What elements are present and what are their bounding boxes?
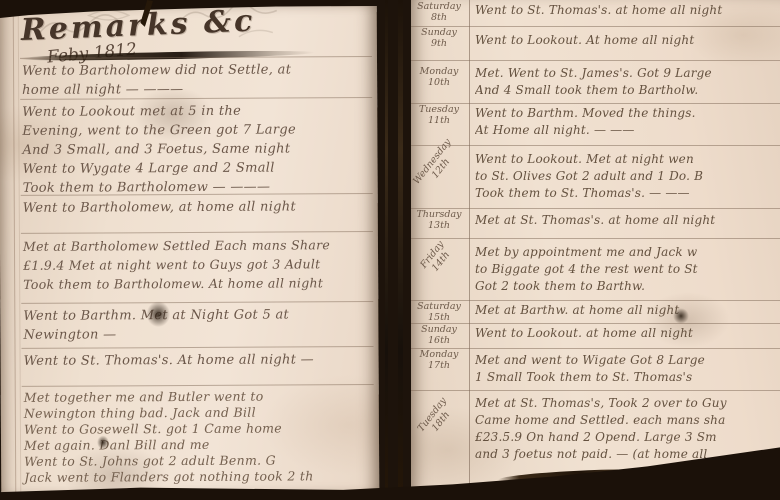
date-cell: Saturday 8th <box>411 1 467 23</box>
ink-blot <box>146 301 170 327</box>
day-label: Thursday <box>411 209 467 220</box>
diary-entry: Went to Lookout met at 5 in the Evening,… <box>20 97 373 196</box>
date-label: 17th <box>411 360 467 371</box>
entry-text: Met and went to Wigate Got 8 Large 1 Sma… <box>475 352 779 390</box>
table-row: Monday 10th Met. Went to St. James's. Go… <box>411 60 780 104</box>
date-cell: Monday 10th <box>411 66 467 88</box>
entry-text: Met at Barthw. at home all night <box>475 302 779 323</box>
table-row: Wednesday 12th Went to Lookout. Met at n… <box>411 145 780 209</box>
date-cell: Friday 14th <box>411 229 463 287</box>
table-row: Thursday 13th Met at St. Thomas's. at ho… <box>411 208 780 239</box>
day-label: Saturday <box>411 1 467 12</box>
table-row: Sunday 16th Went to Lookout. at home all… <box>411 323 780 349</box>
diary-entry: Went to Bartholomew, at home all night <box>21 193 373 234</box>
ink-blot <box>97 435 109 449</box>
diary-entry: Met at Bartholomew Settled Each mans Sha… <box>21 231 373 304</box>
day-label: Sunday <box>411 324 467 335</box>
table-row: Saturday 8th Went to St. Thomas's. at ho… <box>411 0 780 27</box>
table-row: Monday 17th Met and went to Wigate Got 8… <box>411 348 780 391</box>
date-cell: Tuesday 11th <box>411 104 467 126</box>
diary-photo: Remarks &c Feby 1812 Went to Bartholomew… <box>0 0 780 500</box>
left-page-header: Remarks &c Feby 1812 <box>21 7 371 59</box>
table-row: Tuesday 11th Went to Barthm. Moved the t… <box>411 103 780 146</box>
date-label: 8th <box>411 12 467 23</box>
entry-text: Met by appointment me and Jack w to Bigg… <box>475 244 779 300</box>
date-cell: Tuesday 18th <box>411 389 463 447</box>
right-page: Saturday 8th Went to St. Thomas's. at ho… <box>411 0 780 500</box>
date-cell: Wednesday 12th <box>411 136 463 194</box>
date-label: 13th <box>411 220 467 231</box>
table-row: Sunday 9th Went to Lookout. At home all … <box>411 26 780 61</box>
day-label: Saturday <box>411 301 467 312</box>
diary-entry: Went to Bartholomew did not Settle, at h… <box>20 56 372 100</box>
ink-blot <box>673 308 689 324</box>
date-cell: Sunday 16th <box>411 324 467 346</box>
entry-text: Went to Lookout. at home all night <box>475 325 779 348</box>
diary-entry: Went to Barthm. Met at Night Got 5 at Ne… <box>21 301 373 349</box>
date-label: 11th <box>411 115 467 126</box>
date-label: 10th <box>411 77 467 88</box>
date-cell: Monday 17th <box>411 349 467 371</box>
date-cell: Saturday 15th <box>411 301 467 323</box>
day-label: Monday <box>411 66 467 77</box>
diary-entry: Met together me and Butler went to Newin… <box>22 384 375 492</box>
day-label: Monday <box>411 349 467 360</box>
book-binding <box>378 0 411 500</box>
entry-text: Went to Lookout. Met at night wen to St.… <box>475 151 779 208</box>
entry-text: Went to Lookout. At home all night <box>475 32 779 60</box>
date-label: 15th <box>411 312 467 323</box>
date-cell: Sunday 9th <box>411 27 467 49</box>
table-row: Friday 14th Met by appointment me and Ja… <box>411 238 780 301</box>
entry-text: Met at St. Thomas's. at home all night <box>475 212 779 238</box>
entry-text: Met. Went to St. James's. Got 9 Large An… <box>475 65 779 103</box>
day-label: Tuesday <box>411 104 467 115</box>
diary-entry: Went to St. Thomas's. At home all night … <box>22 346 374 387</box>
date-cell: Thursday 13th <box>411 209 467 231</box>
date-label: 9th <box>411 38 467 49</box>
date-label: 16th <box>411 335 467 346</box>
entry-text: Went to St. Thomas's. at home all night <box>475 2 779 26</box>
entry-text: Went to Barthm. Moved the things. At Hom… <box>475 105 779 145</box>
day-label: Sunday <box>411 27 467 38</box>
left-page: Remarks &c Feby 1812 Went to Bartholomew… <box>0 6 379 495</box>
table-row: Saturday 15th Met at Barthw. at home all… <box>411 300 780 324</box>
